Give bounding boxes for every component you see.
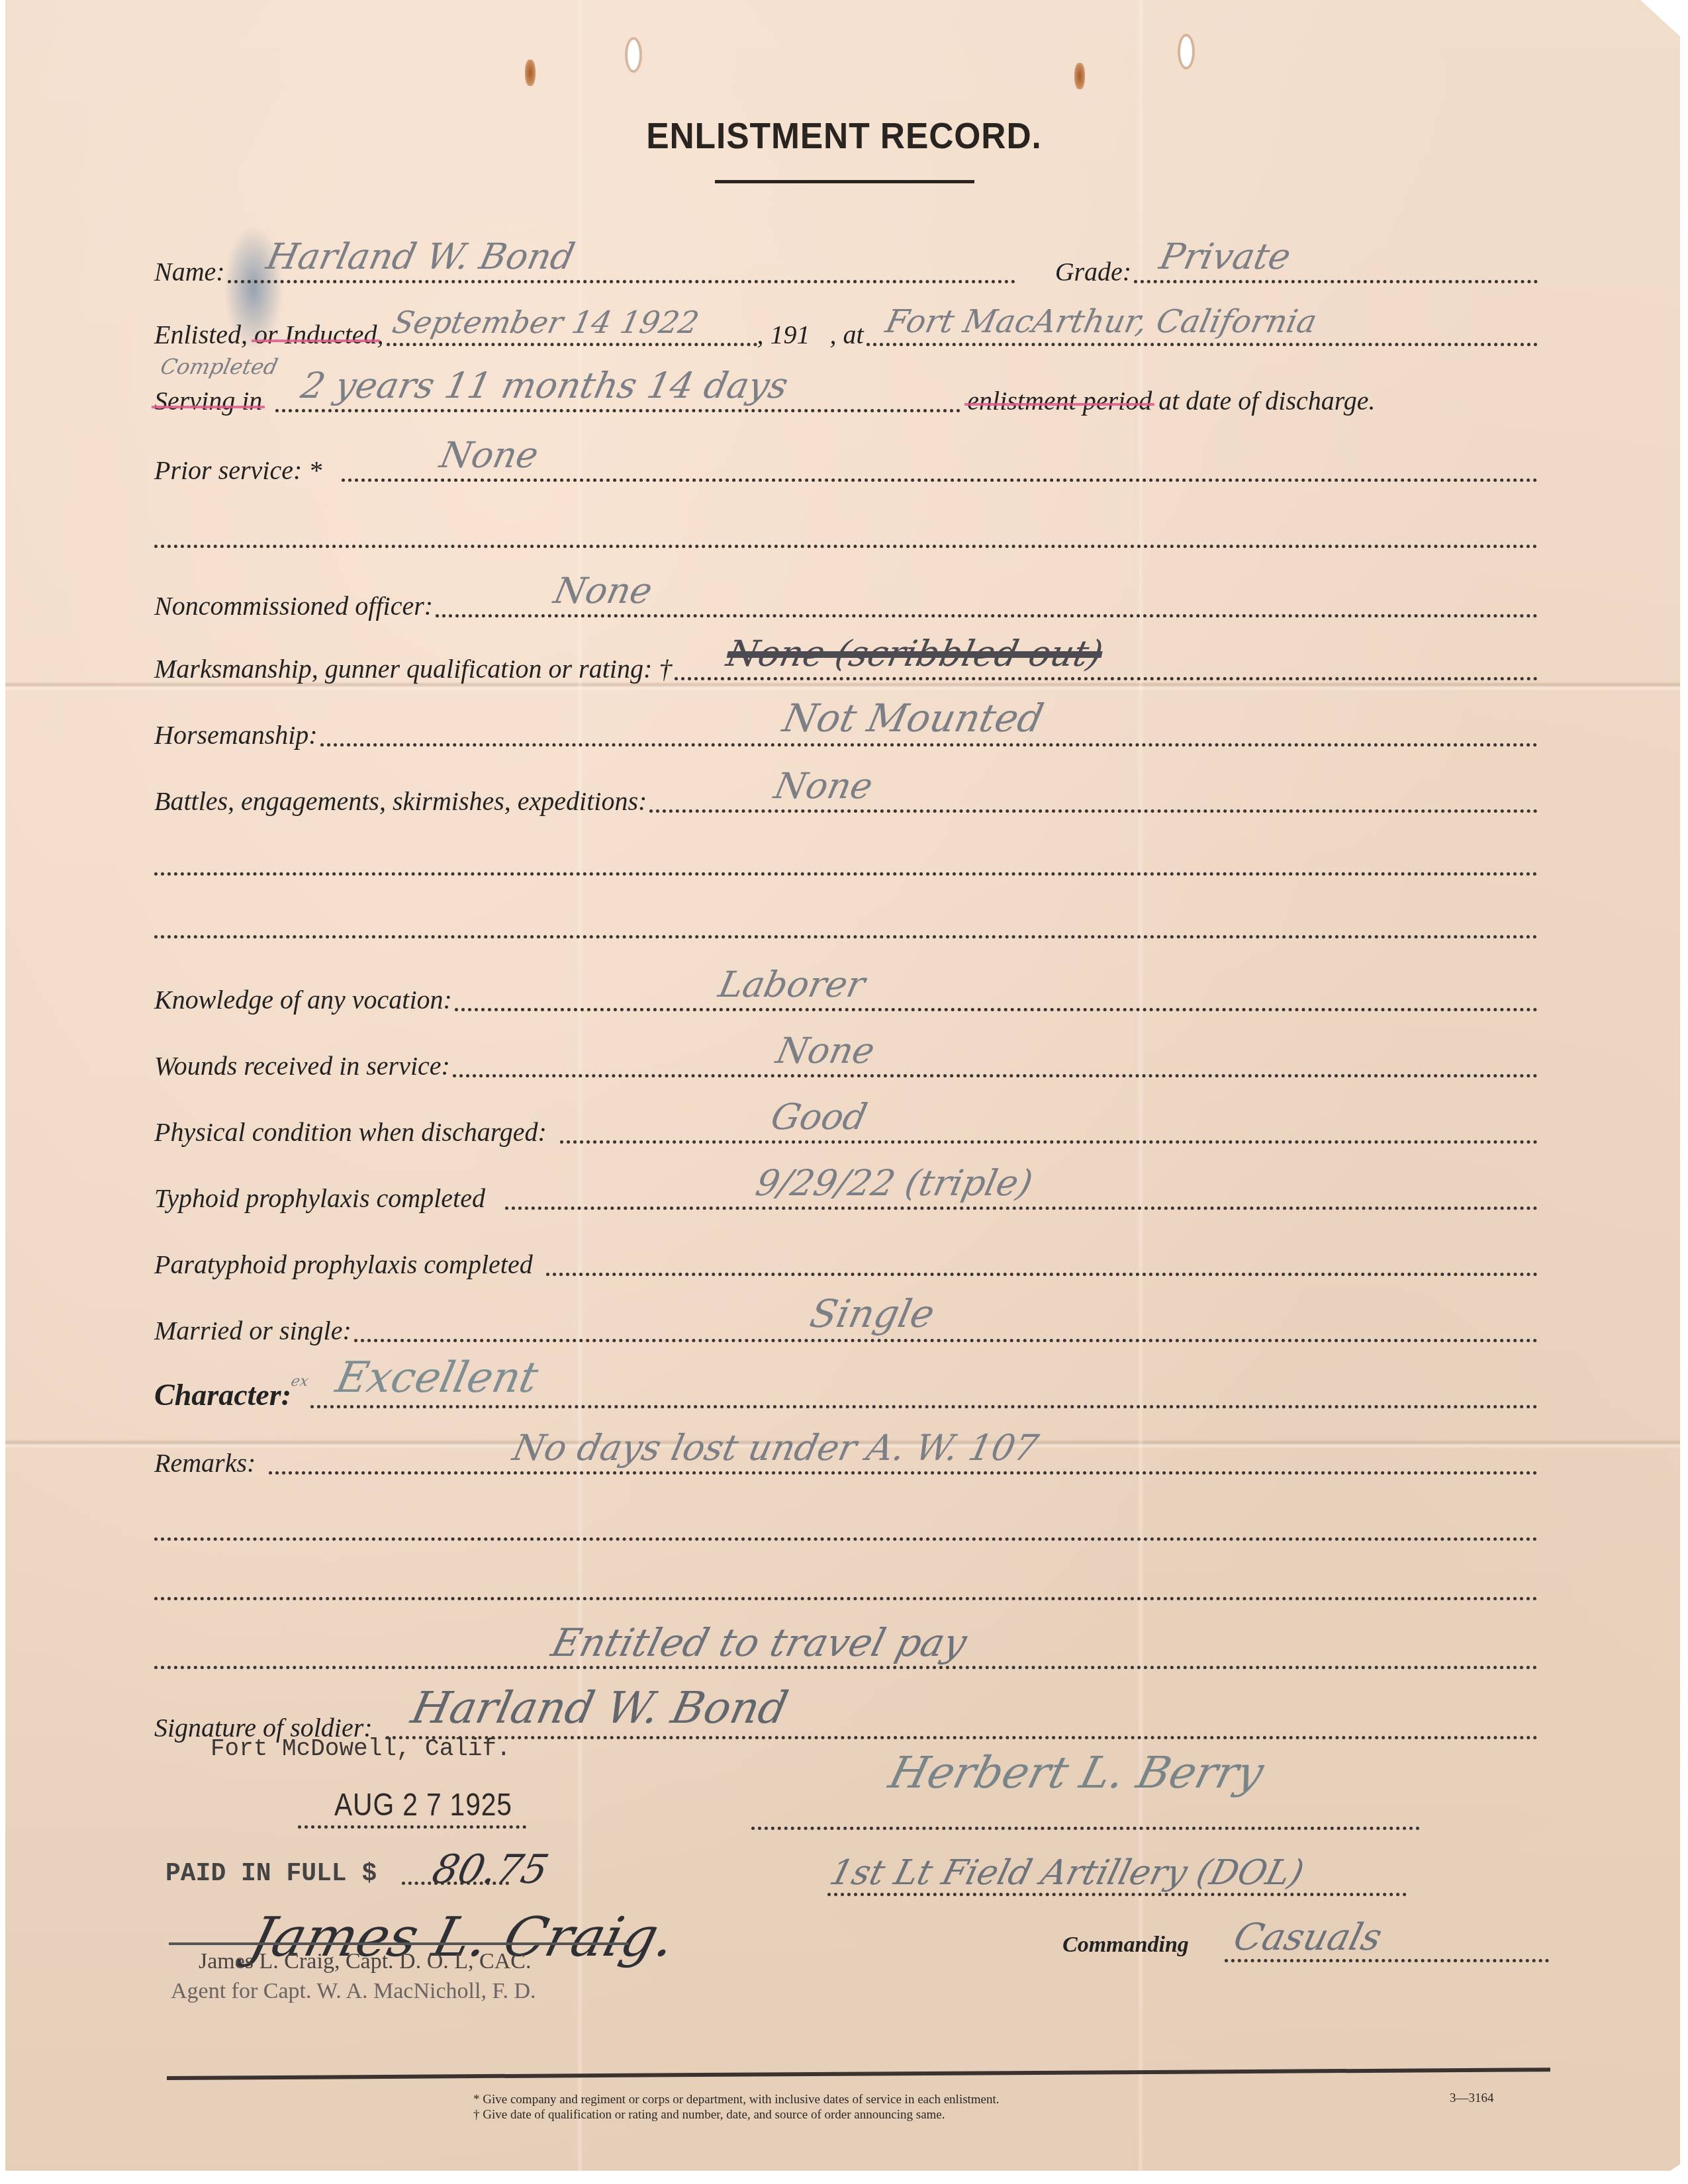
enlisted-comma: , bbox=[377, 319, 384, 354]
rust-stain bbox=[525, 60, 536, 86]
name-field[interactable]: Harland W. Bond bbox=[228, 280, 1015, 283]
prior-service-continuation-line[interactable] bbox=[154, 545, 1538, 548]
commander-signature-line[interactable] bbox=[751, 1827, 1420, 1830]
date-line bbox=[298, 1825, 526, 1829]
commander-rank-line bbox=[827, 1893, 1407, 1896]
commander-signature: Herbert L. Berry bbox=[884, 1747, 1268, 1798]
remarks-line1-value: No days lost under A. W. 107 bbox=[510, 1427, 1043, 1469]
discharge-place: Fort McDowell, Calif. bbox=[211, 1735, 511, 1762]
rust-stain bbox=[1074, 63, 1085, 89]
remarks-line-4[interactable] bbox=[154, 1666, 1538, 1669]
document-title: ENLISTMENT RECORD. bbox=[68, 114, 1620, 157]
remarks-line-3[interactable] bbox=[154, 1597, 1538, 1600]
commanding-label: Commanding bbox=[1062, 1933, 1189, 1958]
paratyphoid-row: Paratyphoid prophylaxis completed bbox=[154, 1238, 1538, 1284]
serving-field[interactable]: 2 years 11 months 14 days bbox=[275, 409, 961, 412]
prior-service-value: None bbox=[437, 434, 543, 476]
horsemanship-row: Horsemanship: Not Mounted bbox=[154, 708, 1538, 754]
typhoid-value: 9/29/22 (triple) bbox=[752, 1162, 1036, 1204]
paid-in-full-label: PAID IN FULL $ bbox=[165, 1860, 377, 1888]
at-label: , at bbox=[830, 319, 864, 354]
serving-row: Serving in 2 years 11 months 14 days enl… bbox=[154, 374, 1538, 420]
nco-label: Noncommissioned officer: bbox=[154, 590, 433, 625]
punch-hole bbox=[628, 40, 639, 70]
commanding-value: Casuals bbox=[1229, 1916, 1386, 1959]
vocation-field[interactable]: Laborer bbox=[455, 1008, 1538, 1011]
grade-field[interactable]: Private bbox=[1134, 280, 1538, 283]
paratyphoid-field[interactable] bbox=[546, 1273, 1538, 1276]
horsemanship-label: Horsemanship: bbox=[154, 719, 318, 754]
punch-hole bbox=[1180, 36, 1192, 67]
typhoid-row: Typhoid prophylaxis completed 9/29/22 (t… bbox=[154, 1171, 1538, 1218]
battles-value: None bbox=[771, 765, 877, 807]
paid-amount: 80.75 bbox=[428, 1846, 553, 1893]
commanding-line bbox=[1225, 1959, 1549, 1962]
character-field[interactable]: Excellent bbox=[310, 1405, 1538, 1408]
married-label: Married or single: bbox=[154, 1315, 352, 1350]
vocation-row: Knowledge of any vocation: Laborer bbox=[154, 973, 1538, 1019]
commander-rank: 1st Lt Field Artillery (DOL) bbox=[826, 1853, 1308, 1893]
agent-line-2: Agent for Capt. W. A. MacNicholl, F. D. bbox=[171, 1979, 536, 2004]
agent-line-1: James L. Craig, Capt. D. O. L, CAC. bbox=[199, 1949, 531, 1974]
name-label: Name: bbox=[154, 256, 225, 291]
remarks-label: Remarks: bbox=[154, 1447, 256, 1482]
wounds-label: Wounds received in service: bbox=[154, 1050, 450, 1085]
wounds-row: Wounds received in service: None bbox=[154, 1039, 1538, 1085]
nco-field[interactable]: None bbox=[436, 614, 1538, 617]
name-grade-row: Name: Harland W. Bond Grade: Private bbox=[154, 245, 1538, 291]
enlisted-label: Enlisted, bbox=[154, 319, 248, 354]
wounds-value: None bbox=[773, 1030, 878, 1071]
grade-label: Grade: bbox=[1055, 256, 1132, 291]
enlisted-date-value: September 14 1922 bbox=[389, 304, 702, 340]
discharge-suffix: at date of discharge. bbox=[1158, 386, 1375, 416]
serving-value: 2 years 11 months 14 days bbox=[298, 365, 792, 406]
battles-continuation-line[interactable] bbox=[154, 935, 1538, 938]
remarks-line-2[interactable] bbox=[154, 1537, 1538, 1541]
enlisted-location-field[interactable]: Fort MacArthur, California bbox=[867, 343, 1538, 346]
married-value: Single bbox=[806, 1291, 939, 1336]
vocation-label: Knowledge of any vocation: bbox=[154, 984, 452, 1019]
nco-value: None bbox=[550, 570, 656, 612]
form-number: 3—3164 bbox=[1450, 2091, 1494, 2106]
enlisted-row: Enlisted, or Inducted , September 14 192… bbox=[154, 308, 1538, 354]
horsemanship-value: Not Mounted bbox=[778, 696, 1047, 741]
wounds-field[interactable]: None bbox=[453, 1074, 1538, 1077]
agent-signature-line bbox=[169, 1942, 629, 1945]
name-value: Harland W. Bond bbox=[263, 236, 578, 277]
footnote-dagger: † Give date of qualification or rating a… bbox=[473, 2108, 945, 2122]
signature-field[interactable]: Harland W. Bond bbox=[386, 1736, 1538, 1739]
marksmanship-label: Marksmanship, gunner qualification or ra… bbox=[154, 653, 672, 688]
married-row: Married or single: Single bbox=[154, 1304, 1538, 1350]
nco-row: Noncommissioned officer: None bbox=[154, 579, 1538, 625]
period-label-struck-wrap: enlistment period at date of discharge. bbox=[967, 385, 1375, 420]
married-field[interactable]: Single bbox=[354, 1339, 1538, 1342]
marksmanship-field[interactable]: None (scribbled out) bbox=[675, 677, 1538, 680]
discharge-date-stamp: AUG 2 7 1925 bbox=[334, 1787, 512, 1823]
soldier-signature: Harland W. Bond bbox=[406, 1682, 792, 1733]
paid-amount-line bbox=[402, 1882, 509, 1885]
character-note: ex bbox=[289, 1373, 310, 1390]
prior-service-label: Prior service: * bbox=[154, 455, 322, 490]
enlistment-period-struck: enlistment period bbox=[967, 386, 1152, 416]
serving-label-struck: Serving in bbox=[154, 385, 262, 420]
battles-continuation-line[interactable] bbox=[154, 872, 1538, 876]
inducted-label-struck: or Inducted bbox=[254, 319, 377, 354]
prior-service-row: Prior service: * None bbox=[154, 443, 1538, 490]
vocation-value: Laborer bbox=[715, 964, 868, 1005]
footnote-asterisk: * Give company and regiment or corps or … bbox=[473, 2093, 1000, 2107]
remarks-travel-pay: Entitled to travel pay bbox=[547, 1620, 972, 1665]
typhoid-label: Typhoid prophylaxis completed bbox=[154, 1183, 485, 1218]
physical-label: Physical condition when discharged: bbox=[154, 1116, 547, 1152]
year-prefix: , 191 bbox=[757, 319, 810, 354]
battles-field[interactable]: None bbox=[649, 809, 1538, 813]
physical-value: Good bbox=[767, 1096, 870, 1138]
enlisted-location-value: Fort MacArthur, California bbox=[882, 303, 1320, 340]
grade-value: Private bbox=[1156, 236, 1294, 277]
battles-label: Battles, engagements, skirmishes, expedi… bbox=[154, 786, 647, 821]
character-value: Excellent bbox=[332, 1353, 543, 1402]
battles-row: Battles, engagements, skirmishes, expedi… bbox=[154, 774, 1538, 821]
paratyphoid-label: Paratyphoid prophylaxis completed bbox=[154, 1249, 533, 1284]
marksmanship-row: Marksmanship, gunner qualification or ra… bbox=[154, 642, 1538, 688]
typhoid-field[interactable]: 9/29/22 (triple) bbox=[505, 1206, 1538, 1210]
marksmanship-value: None (scribbled out) bbox=[724, 633, 1107, 674]
remarks-field[interactable]: No days lost under A. W. 107 bbox=[269, 1471, 1538, 1475]
character-row: Character: ex Excellent bbox=[154, 1370, 1538, 1416]
title-underline bbox=[715, 180, 974, 183]
character-label: Character: bbox=[154, 1377, 291, 1416]
horsemanship-field[interactable]: Not Mounted bbox=[320, 743, 1538, 747]
enlisted-date-field[interactable]: September 14 1922 bbox=[387, 343, 757, 346]
remarks-row: Remarks: No days lost under A. W. 107 bbox=[154, 1436, 1538, 1482]
physical-field[interactable]: Good bbox=[560, 1140, 1538, 1144]
physical-row: Physical condition when discharged: Good bbox=[154, 1105, 1538, 1152]
prior-service-field[interactable]: None bbox=[342, 478, 1538, 482]
